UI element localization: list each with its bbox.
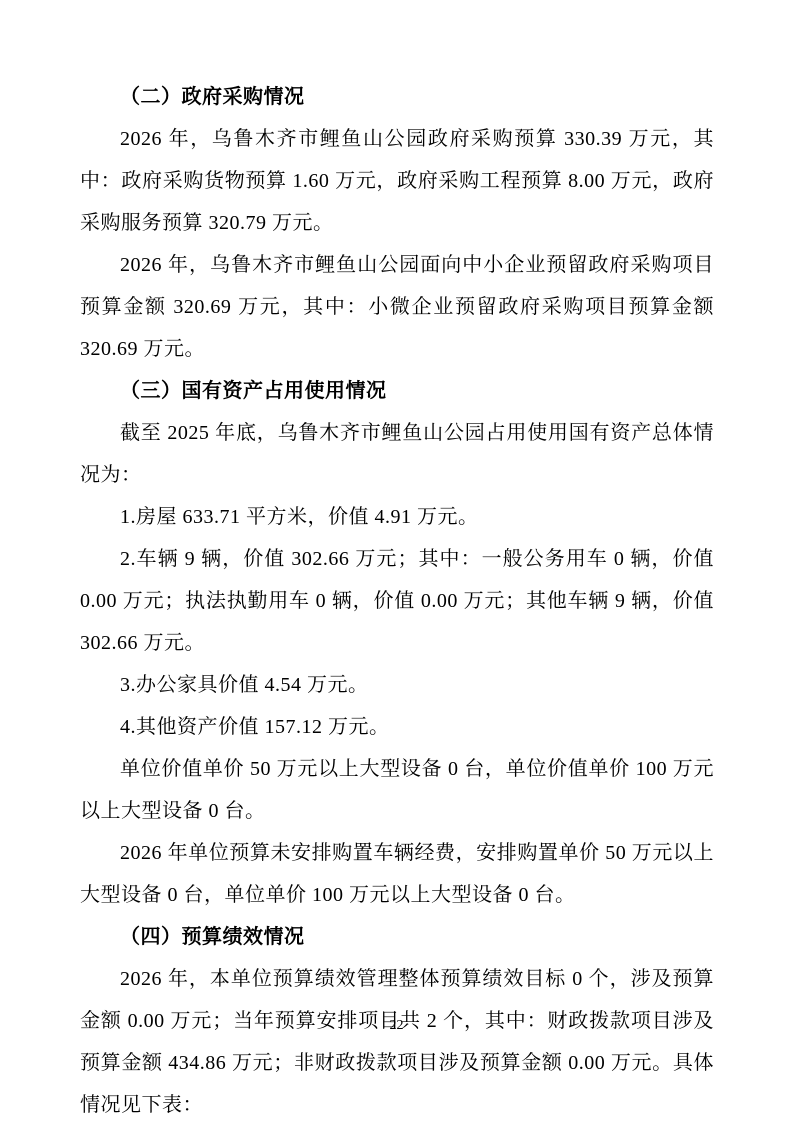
paragraph-assets-housing: 1.房屋 633.71 平方米，价值 4.91 万元。 [80, 496, 714, 538]
paragraph-assets-furniture: 3.办公家具价值 4.54 万元。 [80, 664, 714, 706]
paragraph-procurement-sme-reserved: 2026 年，乌鲁木齐市鲤鱼山公园面向中小企业预留政府采购项目预算金额 320.… [80, 244, 714, 370]
page-number: 22 [390, 1018, 404, 1033]
paragraph-assets-other: 4.其他资产价值 157.12 万元。 [80, 706, 714, 748]
page-footer: 22 [0, 1016, 793, 1036]
section-heading-government-procurement: （二）政府采购情况 [80, 76, 714, 118]
document-content: （二）政府采购情况 2026 年，乌鲁木齐市鲤鱼山公园政府采购预算 330.39… [80, 76, 714, 1122]
section-heading-budget-performance: （四）预算绩效情况 [80, 916, 714, 958]
paragraph-assets-vehicles: 2.车辆 9 辆，价值 302.66 万元；其中：一般公务用车 0 辆，价值 0… [80, 538, 714, 664]
paragraph-assets-overview: 截至 2025 年底，乌鲁木齐市鲤鱼山公园占用使用国有资产总体情况为： [80, 412, 714, 496]
document-page: （二）政府采购情况 2026 年，乌鲁木齐市鲤鱼山公园政府采购预算 330.39… [0, 0, 793, 1122]
paragraph-vehicle-purchase-plan: 2026 年单位预算未安排购置车辆经费，安排购置单价 50 万元以上大型设备 0… [80, 832, 714, 916]
paragraph-procurement-budget: 2026 年，乌鲁木齐市鲤鱼山公园政府采购预算 330.39 万元，其中：政府采… [80, 118, 714, 244]
section-heading-state-assets: （三）国有资产占用使用情况 [80, 370, 714, 412]
paragraph-large-equipment: 单位价值单价 50 万元以上大型设备 0 台，单位价值单价 100 万元以上大型… [80, 748, 714, 832]
paragraph-budget-performance: 2026 年，本单位预算绩效管理整体预算绩效目标 0 个，涉及预算金额 0.00… [80, 958, 714, 1122]
